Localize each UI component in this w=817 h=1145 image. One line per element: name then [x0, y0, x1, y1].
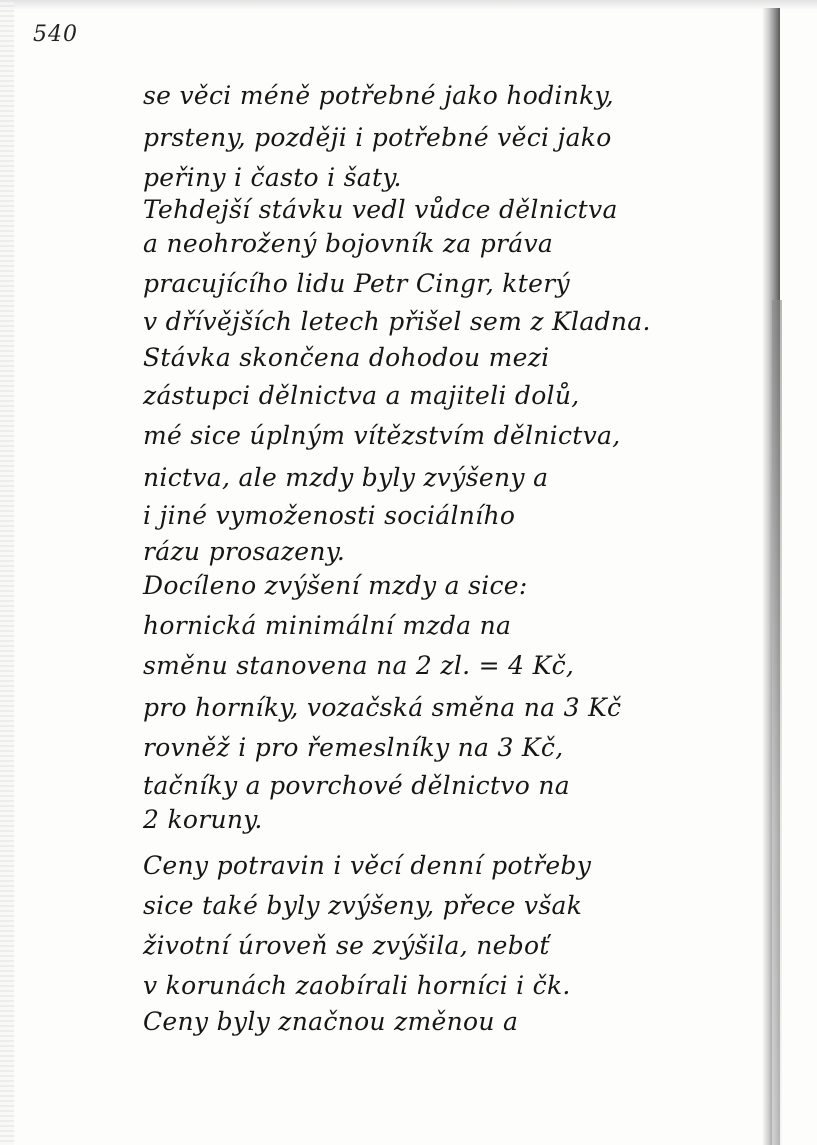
page-number: 540 — [33, 22, 78, 47]
manuscript-line: Ceny byly značnou změnou a — [143, 1000, 518, 1044]
manuscript-line: životní úroveň se zvýšila, neboť — [143, 924, 550, 968]
manuscript-line: hornická minimální mzda na — [143, 604, 511, 648]
manuscript-line: směnu stanovena na 2 zl. = 4 Kč, — [143, 644, 574, 688]
manuscript-line: zástupci dělnictva a majiteli dolů, — [143, 374, 580, 418]
manuscript-line: a neohrožený bojovník za práva — [143, 222, 553, 266]
binding-edge-fade — [772, 300, 782, 1145]
manuscript-line: prsteny, později i potřebné věci jako — [143, 116, 612, 160]
scan-left-margin — [0, 0, 14, 1145]
manuscript-line: pro horníky, vozačská směna na 3 Kč — [143, 686, 621, 730]
manuscript-line: Ceny potravin i věcí denní potřeby — [143, 844, 591, 888]
manuscript-line: sice také byly zvýšeny, přece však — [143, 884, 582, 928]
manuscript-line: se věci méně potřebné jako hodinky, — [143, 74, 614, 118]
manuscript-line: mé sice úplným vítězstvím dělnictva, — [143, 414, 621, 458]
scan-top-shadow — [0, 0, 817, 10]
manuscript-line: Docíleno zvýšení mzdy a sice: — [143, 564, 528, 608]
manuscript-line: 2 koruny. — [143, 798, 263, 842]
scanned-page: 540 se věci méně potřebné jako hodinky, … — [0, 0, 817, 1145]
